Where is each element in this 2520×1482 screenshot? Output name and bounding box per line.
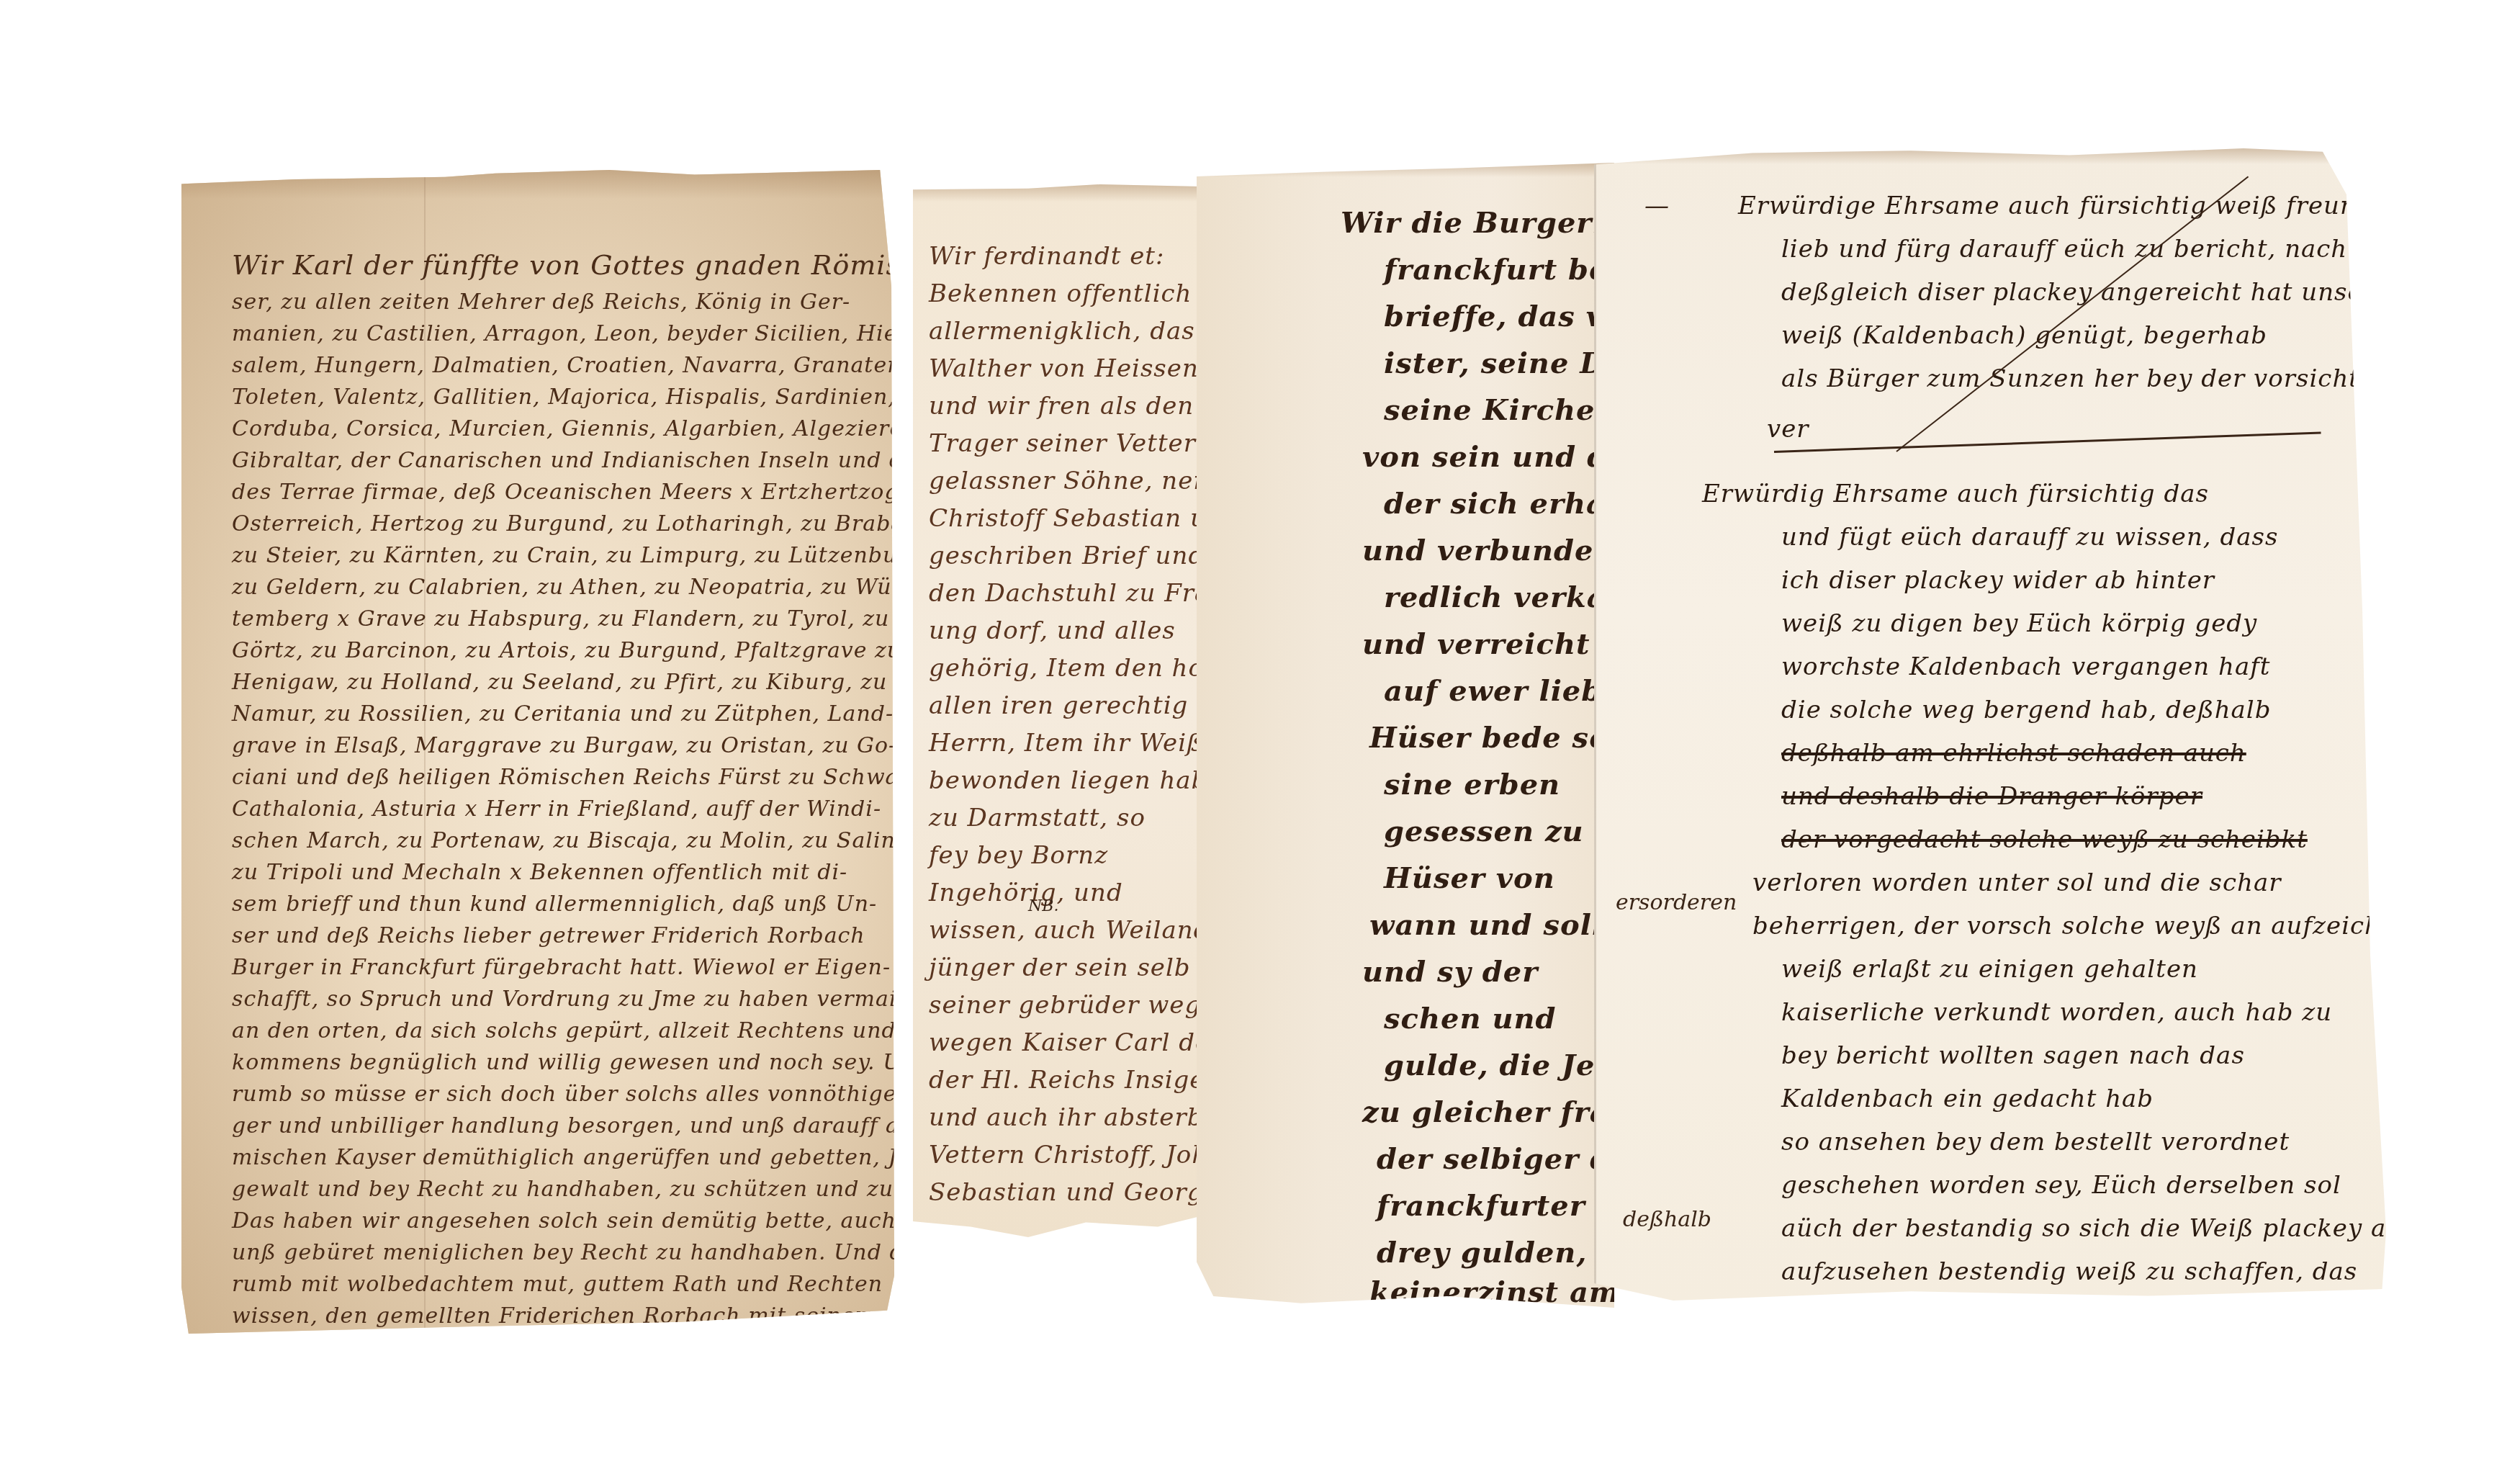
text-line: sem brieff und thun kund allermenniglich…: [232, 892, 877, 917]
text-line: so ansehen bey dem bestellt verordnet: [1781, 1128, 2290, 1157]
text-line: Erwürdig Ehrsame auch fürsichtig das: [1702, 480, 2209, 508]
text-line: der sich erhaltlich da: [1384, 487, 1614, 521]
sheet-4-text: — Erwürdige Ehrsame auch fürsichtig weiß…: [1594, 148, 2386, 1301]
text-line: Sebastian und Georg: [929, 1178, 1201, 1207]
text-line: Erwürdige Ehrsame auch fürsichtig weiß f…: [1738, 192, 2386, 220]
manuscript-sheet-4: — Erwürdige Ehrsame auch fürsichtig weiß…: [1594, 148, 2386, 1301]
text-line: ger und unbilliger handlung besorgen, un…: [232, 1113, 894, 1139]
text-line: ser, zu allen zeiten Mehrer deß Reichs, …: [232, 289, 850, 315]
text-line: Vettern Christoff, Joh: [929, 1141, 1201, 1169]
text-line: der Hl. Reichs Insigel: [929, 1066, 1201, 1095]
manuscript-sheet-2: Wir ferdinandt et: Bekennen offentlich m…: [913, 184, 1201, 1237]
text-line: Hüser bede sein: [1369, 721, 1614, 755]
text-line: Burger in Franckfurt fürgebracht hatt. W…: [232, 955, 891, 980]
text-line: Wir Karl der fünffte von Gottes gnaden R…: [232, 249, 894, 281]
text-line: Osterreich, Hertzog zu Burgund, zu Lotha…: [232, 511, 894, 536]
text-line: jünger der sein selb: [929, 953, 1191, 982]
text-line: gehörig, Item den hof: [929, 654, 1201, 683]
text-line: von sein und der: [1362, 440, 1614, 474]
text-line: geschehen worden sey, Eüch derselben sol: [1781, 1171, 2341, 1200]
text-line: worchste Kaldenbach vergangen haft: [1781, 652, 2270, 681]
text-line: weiß erlaßt zu einigen gehalten: [1781, 955, 2198, 984]
text-line: franckfurter Werb: [1377, 1189, 1614, 1223]
text-line: auf ewer lieb: [1384, 674, 1602, 708]
text-line: keinerzinst am,: [1369, 1275, 1614, 1308]
text-line: des Terrae firmae, deß Oceanischen Meers…: [232, 480, 894, 505]
text-line: temberg x Grave zu Habspurg, zu Flandern…: [232, 606, 889, 632]
text-line: unß gebüret meniglichen bey Recht zu han…: [232, 1240, 894, 1265]
text-line: deßgleich diser plackey angereicht hat u…: [1781, 278, 2375, 307]
text-line: manien, zu Castilien, Arragon, Leon, bey…: [232, 321, 894, 346]
marginal-note: ersorderen: [1616, 890, 1737, 915]
text-line: wissen, auch Weilandt: [929, 916, 1201, 945]
text-line: mischen Kayser demüthiglich angerüffen u…: [232, 1145, 894, 1170]
text-line: zu Tripoli und Mechaln x Bekennen offent…: [232, 860, 847, 885]
text-line: kommens begnüglich und willig gewesen un…: [232, 1050, 894, 1075]
text-line: ver: [1767, 415, 1809, 444]
text-line: seine Kirche solch: [1384, 393, 1614, 427]
text-line: schen March, zu Portenaw, zu Biscaja, zu…: [232, 828, 894, 853]
text-line: brieffe, das vor: [1384, 300, 1614, 333]
text-line: kaiserliche verkundt worden, auch hab zu: [1781, 998, 2332, 1027]
text-line: Ingehörig, und: [929, 879, 1123, 907]
text-line: zu gleicher fran: [1362, 1095, 1614, 1129]
text-line: fey bey Bornz: [929, 841, 1108, 870]
text-line: und sy der: [1362, 955, 1538, 989]
text-line: bey bericht wollten sagen nach das: [1781, 1041, 2245, 1070]
text-line: ich diser plackey wider ab hinter: [1781, 566, 2215, 595]
text-line: redlich verkauft: [1384, 580, 1614, 614]
text-line: schafft, so Spruch und Vordrung zu Jme z…: [232, 987, 894, 1012]
text-line: der vorgedacht solche weyß zu scheibkt: [1781, 825, 2308, 854]
text-line: Hüser von: [1384, 861, 1555, 895]
text-line: der selbiger drey: [1377, 1142, 1614, 1176]
text-line: an den orten, da sich solchs gepürt, all…: [232, 1018, 894, 1043]
marginal-note: NB.: [1028, 897, 1058, 915]
text-line: Christoff Sebastian und: [929, 504, 1201, 533]
text-line: Walther von Heissenstain: [929, 354, 1201, 383]
text-line: Wir ferdinandt et:: [929, 242, 1164, 271]
text-line: allermenigklich, das uns: [929, 317, 1201, 346]
text-line: salem, Hungern, Dalmatien, Croatien, Nav…: [232, 353, 894, 378]
text-line: Trager seiner Vettern, Weil: [929, 429, 1201, 458]
text-line: grave in Elsaß, Marggrave zu Burgaw, zu …: [232, 733, 894, 758]
text-line: und deshalb die Dranger körper: [1781, 782, 2202, 811]
text-line: lieb und fürg darauff eüch zu bericht, n…: [1781, 235, 2347, 264]
text-line: franckfurt bekennen: [1384, 253, 1614, 287]
text-line: wann und soll: [1369, 908, 1603, 942]
marginal-note: deßhalb: [1623, 1207, 1711, 1232]
text-line: Gibraltar, der Canarischen und Indianisc…: [232, 448, 894, 473]
manuscript-sheet-1: Wir Karl der fünffte von Gottes gnaden R…: [181, 170, 894, 1334]
text-line: Kaldenbach ein gedacht hab: [1781, 1084, 2154, 1113]
manuscript-sheet-3: Wir die Burgermeister franckfurt bekenne…: [1197, 163, 1614, 1308]
text-line: ser und deß Reichs lieber getrewer Fride…: [232, 923, 865, 948]
text-line: als Bürger zum Sunzen her bey der vorsic…: [1781, 364, 2386, 393]
text-line: seiner gebrüder wegen: [929, 991, 1201, 1020]
marginal-mark: —: [1644, 192, 1669, 220]
text-line: zu Geldern, zu Calabrien, zu Athen, zu N…: [232, 575, 894, 600]
text-line: verloren worden unter sol und die schar: [1752, 868, 2282, 897]
text-line: zu Darmstatt, so: [929, 804, 1146, 832]
sheet-1-text: Wir Karl der fünffte von Gottes gnaden R…: [181, 170, 894, 1334]
text-line: beherrigen, der vorsch solche weyß an au…: [1752, 912, 2381, 940]
text-line: sine erben: [1384, 768, 1560, 801]
text-line: Cathalonia, Asturia x Herr in Frießland,…: [232, 796, 881, 822]
text-line: ung dorf, und alles: [929, 616, 1176, 645]
text-line: Görtz, zu Barcinon, zu Artois, zu Burgun…: [232, 638, 894, 663]
text-line: drey gulden,: [1377, 1236, 1587, 1270]
text-line: gewalt und bey Recht zu handhaben, zu sc…: [232, 1177, 894, 1202]
text-line: Das haben wir angesehen solch sein demüt…: [232, 1208, 894, 1234]
text-line: aüch der bestandig so sich die Weiß plac…: [1781, 1214, 2386, 1243]
text-line: und verreicht: [1362, 627, 1590, 661]
text-line: gulde, die Jerlich: [1384, 1048, 1614, 1082]
text-line: Namur, zu Rossilien, zu Ceritania und zu…: [232, 701, 894, 727]
text-line: zu Steier, zu Kärnten, zu Crain, zu Limp…: [232, 543, 894, 568]
sheet-3-text: Wir die Burgermeister franckfurt bekenne…: [1197, 163, 1614, 1308]
text-line: und wir fren als den: [929, 392, 1194, 421]
text-line: weiß zu digen bey Eüch körpig gedy: [1781, 609, 2257, 638]
text-line: aufzusehen bestendig weiß zu schaffen, d…: [1781, 1257, 2357, 1286]
text-line: Wir die Burgermeister: [1341, 206, 1614, 240]
text-line: den Dachstuhl zu Frank: [929, 579, 1201, 608]
text-line: ciani und deß heiligen Römischen Reichs …: [232, 765, 894, 790]
text-line: rumb so müsse er sich doch über solchs a…: [232, 1082, 894, 1107]
text-line: Toleten, Valentz, Gallitien, Majorica, H…: [232, 385, 894, 410]
text-line: Bekennen offentlich mit: [929, 279, 1201, 308]
text-line: und verbunden: [1362, 534, 1614, 567]
text-line: Herrn, Item ihr Weiß: [929, 729, 1201, 758]
text-line: weiß (Kaldenbach) genügt, begerhab: [1781, 321, 2267, 350]
text-line: ister, seine Donn: [1384, 346, 1614, 380]
horizontal-rule: [1774, 431, 2321, 453]
text-line: allen iren gerechtig: [929, 691, 1188, 720]
text-line: die solche weg bergend hab, deßhalb: [1781, 696, 2271, 724]
text-line: und auch ihr absterb: [929, 1103, 1201, 1132]
text-line: Henigaw, zu Holland, zu Seeland, zu Pfir…: [232, 670, 887, 695]
text-line: gesessen zu: [1384, 814, 1584, 848]
text-line: bewonden liegen hab: [929, 766, 1201, 795]
text-line: wegen Kaiser Carl der: [929, 1028, 1201, 1057]
text-line: wissen, den gemellten Friderichen Rorbac…: [232, 1303, 894, 1329]
text-line: rumb mit wolbedachtem mut, guttem Rath u…: [232, 1272, 883, 1297]
text-line: schen und: [1384, 1002, 1557, 1036]
text-line: geschriben Brief und: [929, 542, 1201, 570]
sheet-2-text: Wir ferdinandt et: Bekennen offentlich m…: [913, 184, 1201, 1237]
text-line: gelassner Söhne, nemlich: [929, 467, 1201, 495]
text-line: und fügt eüch darauff zu wissen, dass: [1781, 523, 2278, 552]
text-line: deßhalb am ehrlichst schaden auch: [1781, 739, 2246, 768]
text-line: Corduba, Corsica, Murcien, Giennis, Alga…: [232, 416, 894, 441]
